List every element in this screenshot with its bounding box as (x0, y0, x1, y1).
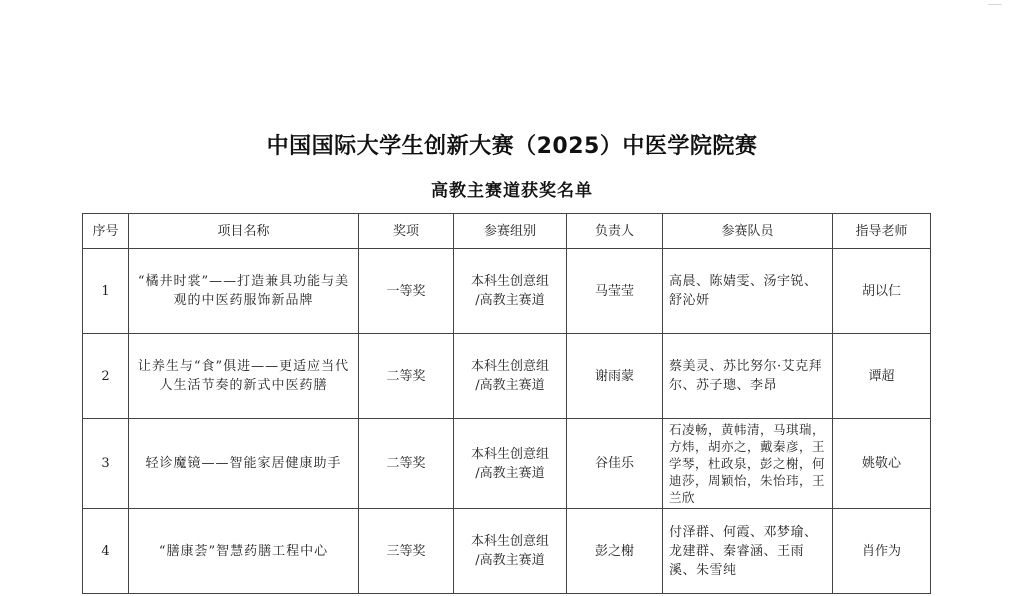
cell-members: 付泽群、何霞、邓梦瑜、龙建群、秦睿涵、王雨溪、朱雪纯 (663, 509, 833, 594)
group-line: 本科生创意组 (454, 272, 566, 291)
cell-leader: 谢雨蒙 (567, 334, 663, 419)
table-row: 2 让养生与“食”俱进——更适应当代人生活节奏的新式中医药膳 二等奖 本科生创意… (83, 334, 931, 419)
awards-table: 序号 项目名称 奖项 参赛组别 负责人 参赛队员 指导老师 1 “橘井时裳”——… (82, 213, 931, 594)
cell-advisor: 肖作为 (833, 509, 931, 594)
group-line: 本科生创意组 (454, 445, 566, 464)
group-line: 本科生创意组 (454, 357, 566, 376)
header-award: 奖项 (359, 214, 454, 249)
cell-members: 蔡美灵、苏比努尔·艾克拜尔、苏子璁、李昂 (663, 334, 833, 419)
cell-group: 本科生创意组 /高教主赛道 (454, 419, 567, 509)
cell-leader: 马莹莹 (567, 249, 663, 334)
cell-award: 三等奖 (359, 509, 454, 594)
table-row: 4 “膳康荟”智慧药膳工程中心 三等奖 本科生创意组 /高教主赛道 彭之榭 付泽… (83, 509, 931, 594)
cell-group: 本科生创意组 /高教主赛道 (454, 334, 567, 419)
cell-no: 4 (83, 509, 129, 594)
cell-leader: 彭之榭 (567, 509, 663, 594)
group-line: /高教主赛道 (454, 551, 566, 570)
cell-project: 轻诊魔镜——智能家居健康助手 (129, 419, 359, 509)
group-line: 本科生创意组 (454, 532, 566, 551)
document-title: 中国国际大学生创新大赛（2025）中医学院院赛 (0, 129, 1024, 160)
cell-project: “橘井时裳”——打造兼具功能与美观的中医药服饰新品牌 (129, 249, 359, 334)
table-row: 1 “橘井时裳”——打造兼具功能与美观的中医药服饰新品牌 一等奖 本科生创意组 … (83, 249, 931, 334)
cell-award: 一等奖 (359, 249, 454, 334)
group-line: /高教主赛道 (454, 464, 566, 483)
table-row: 3 轻诊魔镜——智能家居健康助手 二等奖 本科生创意组 /高教主赛道 谷佳乐 石… (83, 419, 931, 509)
cell-advisor: 姚敬心 (833, 419, 931, 509)
cell-members: 高晨、陈婧雯、汤宇锐、舒沁妍 (663, 249, 833, 334)
cell-advisor: 胡以仁 (833, 249, 931, 334)
cell-group: 本科生创意组 /高教主赛道 (454, 249, 567, 334)
cell-project: 让养生与“食”俱进——更适应当代人生活节奏的新式中医药膳 (129, 334, 359, 419)
group-line: /高教主赛道 (454, 291, 566, 310)
cell-group: 本科生创意组 /高教主赛道 (454, 509, 567, 594)
cell-no: 3 (83, 419, 129, 509)
header-project: 项目名称 (129, 214, 359, 249)
cell-no: 1 (83, 249, 129, 334)
header-leader: 负责人 (567, 214, 663, 249)
header-group: 参赛组别 (454, 214, 567, 249)
cell-award: 二等奖 (359, 334, 454, 419)
scan-mark (988, 4, 1002, 5)
header-advisor: 指导老师 (833, 214, 931, 249)
cell-project: “膳康荟”智慧药膳工程中心 (129, 509, 359, 594)
cell-award: 二等奖 (359, 419, 454, 509)
cell-advisor: 谭超 (833, 334, 931, 419)
header-members: 参赛队员 (663, 214, 833, 249)
header-no: 序号 (83, 214, 129, 249)
group-line: /高教主赛道 (454, 376, 566, 395)
cell-members: 石凌畅，黄帏清，马琪瑞，方炜，胡亦之，戴秦彦，王学琴，杜政泉，彭之榭，何迪莎，周… (663, 419, 833, 509)
cell-no: 2 (83, 334, 129, 419)
document-subtitle: 高教主赛道获奖名单 (0, 176, 1024, 201)
table-header-row: 序号 项目名称 奖项 参赛组别 负责人 参赛队员 指导老师 (83, 214, 931, 249)
cell-leader: 谷佳乐 (567, 419, 663, 509)
